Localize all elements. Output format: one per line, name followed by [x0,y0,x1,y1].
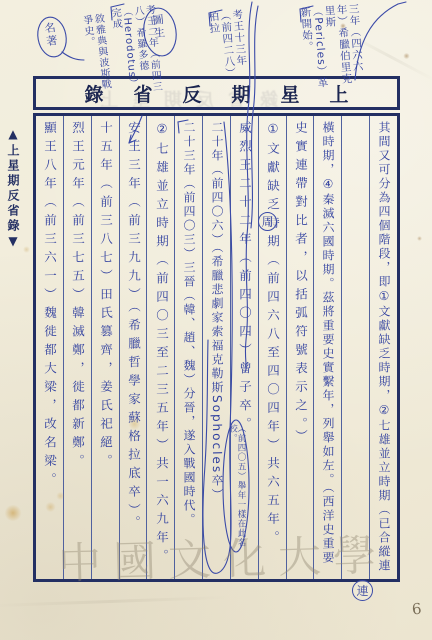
paper-stain [4,505,22,521]
grid-column-7: 二十年（前四〇六）（希臘悲劇家索福克勒斯Sophocles卒） [202,116,230,579]
grid-column-2 [341,116,369,579]
grid-column-12: 烈王元年（前三七五）韓滅鄭，徙都新鄭。 [63,116,91,579]
column-text: ②七雄並立時期（前四〇三至二三五年）共一六九年。 [155,116,168,568]
column-text: 二十年（前四〇六）（希臘悲劇家索福克勒斯Sophocles卒） [211,116,223,502]
column-text: 橫時期，④秦滅六國時期。茲將重要史實繫年，列舉如左。（西洋史重要 [322,116,334,565]
grid-column-8: 二十三年（前四〇三）三晉（韓、趙、魏）分晉，遂入戰國時代。 [174,116,202,579]
paper-stain [417,236,422,241]
reflection-grid: 其間又可分為四個階段，即①文獻缺乏時期，②七雄並立時期（已合縱連 橫時期，④秦滅… [33,113,400,582]
column-text: 安王三年（前三九九）（希臘哲學家蘇格拉底卒）。 [127,116,140,534]
column-text: 烈王元年（前三七五）韓滅鄭，徙都新鄭。 [71,116,84,473]
grid-column-1: 其間又可分為四個階段，即①文獻缺乏時期，②七雄並立時期（已合縱連 [369,116,397,579]
bubble-outline [62,52,84,60]
column-text: 史實連帶對比者，以括弧符號表示之。） [294,116,307,448]
bubble-outline [398,2,406,4]
inserted-note-bubble: （前四〇五）舉年一樣在此名校。 [228,424,245,549]
annotation-plato: 考王十三年（前四二八）柏拉 [207,9,250,88]
grid-column-3: 橫時期，④秦滅六國時期。茲將重要史實繫年，列舉如左。（西洋史重要 [313,116,341,579]
scanned-manuscript-page: 三年（四六六年）希臘伯里克里斯（Pericles）革新開始。 考王十三年（前四二… [0,0,432,640]
margin-label: ▲上星期反省錄▼ [5,127,22,251]
column-text: 十五年（前三八七）田氏篡齊，姜氏祀絕。 [99,116,112,473]
column-text: 二十三年（前四〇三）三晉（韓、趙、魏）分晉，遂入戰國時代。 [183,116,195,527]
annotation-herodotus: 考王二年（前四三八）希羅多德（Herodotus）完成 [108,4,161,96]
grid-column-10: 安王三年（前三九九）（希臘哲學家蘇格拉底卒）。 [119,116,147,579]
circled-overflow-char: 連 [352,580,373,601]
column-text: ①文獻缺乏時期（前四六八至四〇四年）共六五年。 [266,116,279,549]
grid-column-11: 十五年（前三八七）田氏篡齊，姜氏祀絕。 [91,116,119,579]
page-number: 6 [411,600,422,619]
circled-correction-char: 周 [258,212,277,231]
paper-crease [0,596,230,607]
grid-column-13: 顯王八年（前三六一）魏徙都大梁，改名梁。 [36,116,63,579]
grid-column-9: ②七雄並立時期（前四〇三至二三五年）共一六九年。 [146,116,174,579]
column-text: 顯王八年（前三六一）魏徙都大梁，改名梁。 [43,116,56,491]
paper-stain [403,53,410,59]
column-text: 威烈王二十二年（前四〇四）曾子卒。 [238,116,251,436]
column-text: 其間又可分為四個階段，即①文獻缺乏時期，②七雄並立時期（已合縱連 [378,116,390,573]
paper-stain [23,246,30,253]
grid-column-4: 史實連帶對比者，以括弧符號表示之。） [286,116,314,579]
famous-work-bubble: 名著 [42,21,59,56]
grid-column-5: ①文獻缺乏時期（前四六八至四〇四年）共六五年。 [258,116,286,579]
annotation-pericles: 三年（四六六年）希臘伯里克里斯（Pericles）革新開始。 [299,3,365,93]
